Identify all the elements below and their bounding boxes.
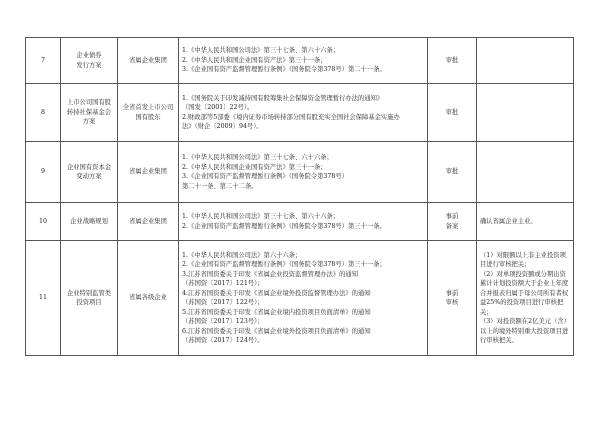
method-cell: 事前备案 [428,203,477,241]
method-cell-line: 审批 [431,56,473,66]
legal-basis-cell-line: 6.江苏省国资委关于印发《省属企业境外投资项目负面清单》的通知 [182,327,424,337]
scope-cell: 省属企业集团 [118,142,179,203]
item-name-cell-line: 发行方案 [64,61,114,71]
legal-basis-cell-line: 2.《中华人民共和国企业国有资产法》第三十一条； [182,163,424,173]
legal-basis-cell-line: 5.江苏省国资委关于印发《省属企业境内投资项目负面清单》的通知 [182,308,424,318]
scope-cell-line: 省属企业集团 [121,217,175,227]
note-cell [477,38,574,84]
note-cell-line: （1）对限额以上非主业投资项目进行审核把关； [480,251,570,270]
scope-cell-line: 省属企业集团 [121,167,175,177]
item-number-cell: 10 [26,203,61,241]
table-row: 9企业国有资本金变动方案省属企业集团1.《中华人民共和国公司法》第三十七条、六十… [26,142,574,203]
row-number: 8 [41,109,45,116]
legal-basis-cell-line: 2.《企业国有资产监督管理暂行条例》（国务院令第378号）第三十一条； [182,260,424,270]
legal-basis-cell-line: 3.《企业国有资产监督管理暂行条例》（国务院令第378号）第二十一条。 [182,65,424,75]
note-cell [477,142,574,203]
method-cell-line: 事前 [431,212,473,222]
item-name-cell-line: 上市公司国有股 [64,98,114,108]
row-number: 7 [41,57,45,64]
table-row: 11企业特别监管类投资项目省属各级企业1.《中华人民共和国公司法》第六十六条；2… [26,241,574,356]
method-cell-line: 审批 [431,167,473,177]
item-name-cell: 上市公司国有股转持社保基金会方案 [61,84,118,142]
item-name-cell-line: 企业债券 [64,51,114,61]
legal-basis-cell: 1.《中华人民共和国公司法》第三十七条、第六十六条；2.《企业国有资产监督管理暂… [179,203,428,241]
item-name-cell: 企业战略规划 [61,203,118,241]
approval-items-table: 7企业债券发行方案省属企业集团1.《中华人民共和国公司法》第三十七条、第六十六条… [25,37,574,356]
legal-basis-cell: 1.《中华人民共和国公司法》第三十七条、六十六条；2.《中华人民共和国企业国有资… [179,142,428,203]
method-cell: 审批 [428,142,477,203]
legal-basis-cell-line: 4.江苏省国资委关于印发《省属企业境外投资监督管理办法》的通知 [182,289,424,299]
scope-cell-line: 国有股东 [121,113,175,123]
legal-basis-cell-line: 1.《中华人民共和国公司法》第六十六条； [182,251,424,261]
note-cell: （1）对限额以上非主业投资项目进行审核把关；（2）对单项投资额或分期出资累计计划… [477,241,574,356]
method-cell: 审批 [428,84,477,142]
scope-cell: 全省首发上市公司国有股东 [118,84,179,142]
table-row: 7企业债券发行方案省属企业集团1.《中华人民共和国公司法》第三十七条、第六十六条… [26,38,574,84]
legal-basis-cell-line: 3.《企业国有资产监督管理暂行条例》（国务院令第378号） [182,172,424,182]
row-number: 9 [41,168,45,175]
legal-basis-cell-line: 3.江苏省国资委关于印发《省属企业投资监督管理办法》的通知 [182,270,424,280]
method-cell-line: 备案 [431,222,473,232]
legal-basis-cell-line: 1.《中华人民共和国公司法》第三十七条、第六十六条； [182,212,424,222]
item-name-cell: 企业债券发行方案 [61,38,118,84]
note-cell-line: （3）对投资额在2亿美元（含）以上的境外特别重大投资项目进行审核把关。 [480,317,570,346]
scope-cell-line: 省属企业集团 [121,56,175,66]
legal-basis-cell-line: 1.《国务院关于印发减持国有股筹集社会保障资金管理暂行办法的通知》 [182,94,424,104]
item-name-cell-line: 企业国有资本金 [64,163,114,173]
note-cell [477,84,574,142]
legal-basis-cell-line: （苏国资〔2017〕122号）； [182,298,424,308]
legal-basis-cell-line: 2.《企业国有资产监督管理暂行条例》（国务院令第378号）第三十一条。 [182,222,424,232]
item-number-cell: 8 [26,84,61,142]
row-number: 10 [39,218,47,225]
note-cell-line: 确认省属企业主业。 [480,217,570,227]
method-cell-line: 审核 [431,298,473,308]
method-cell-line: 审批 [431,108,473,118]
table-row: 10企业战略规划省属企业集团1.《中华人民共和国公司法》第三十七条、第六十六条；… [26,203,574,241]
legal-basis-cell-line: 2.《中华人民共和国企业国有资产法》第三十一条； [182,56,424,66]
item-name-cell-line: 投资项目 [64,298,114,308]
method-cell: 事前审核 [428,241,477,356]
row-number: 11 [39,294,47,301]
item-name-cell-line: 企业特别监管类 [64,289,114,299]
item-name-cell-line: 企业战略规划 [64,217,114,227]
legal-basis-cell-line: 法》（财企〔2009〕94号）。 [182,122,424,132]
note-cell-line: （2）对单项投资额或分期出资累计计划投资额大于企业上年度合并报表归属于母公司所有… [480,270,570,318]
item-name-cell: 企业特别监管类投资项目 [61,241,118,356]
method-cell-line: 事前 [431,289,473,299]
legal-basis-cell-line: （苏国资〔2017〕124号）。 [182,336,424,346]
legal-basis-cell-line: 1.《中华人民共和国公司法》第三十七条、第六十六条； [182,46,424,56]
legal-basis-cell: 1.《中华人民共和国公司法》第三十七条、第六十六条；2.《中华人民共和国企业国有… [179,38,428,84]
item-number-cell: 7 [26,38,61,84]
legal-basis-cell-line: （国发〔2001〕22号）。 [182,103,424,113]
scope-cell-line: 全省首发上市公司 [121,103,175,113]
legal-basis-cell: 1.《国务院关于印发减持国有股筹集社会保障资金管理暂行办法的通知》（国发〔200… [179,84,428,142]
scope-cell-line: 省属各级企业 [121,293,175,303]
item-number-cell: 9 [26,142,61,203]
method-cell: 审批 [428,38,477,84]
table-row: 8上市公司国有股转持社保基金会方案全省首发上市公司国有股东1.《国务院关于印发减… [26,84,574,142]
legal-basis-cell-line: 1.《中华人民共和国公司法》第三十七条、六十六条； [182,153,424,163]
legal-basis-cell-line: （苏国资〔2017〕121号）； [182,279,424,289]
item-name-cell-line: 转持社保基金会 [64,108,114,118]
scope-cell: 省属企业集团 [118,38,179,84]
legal-basis-cell-line: 2.财政部等5部委《境内证券市场转持部分国有股充实全国社会保障基金实施办 [182,113,424,123]
item-number-cell: 11 [26,241,61,356]
item-name-cell: 企业国有资本金变动方案 [61,142,118,203]
scope-cell: 省属企业集团 [118,203,179,241]
scope-cell: 省属各级企业 [118,241,179,356]
legal-basis-cell-line: （苏国资〔2017〕123号）； [182,317,424,327]
note-cell: 确认省属企业主业。 [477,203,574,241]
item-name-cell-line: 变动方案 [64,172,114,182]
legal-basis-cell: 1.《中华人民共和国公司法》第六十六条；2.《企业国有资产监督管理暂行条例》（国… [179,241,428,356]
item-name-cell-line: 方案 [64,117,114,127]
legal-basis-cell-line: 第二十一条、第二十二条。 [182,182,424,192]
